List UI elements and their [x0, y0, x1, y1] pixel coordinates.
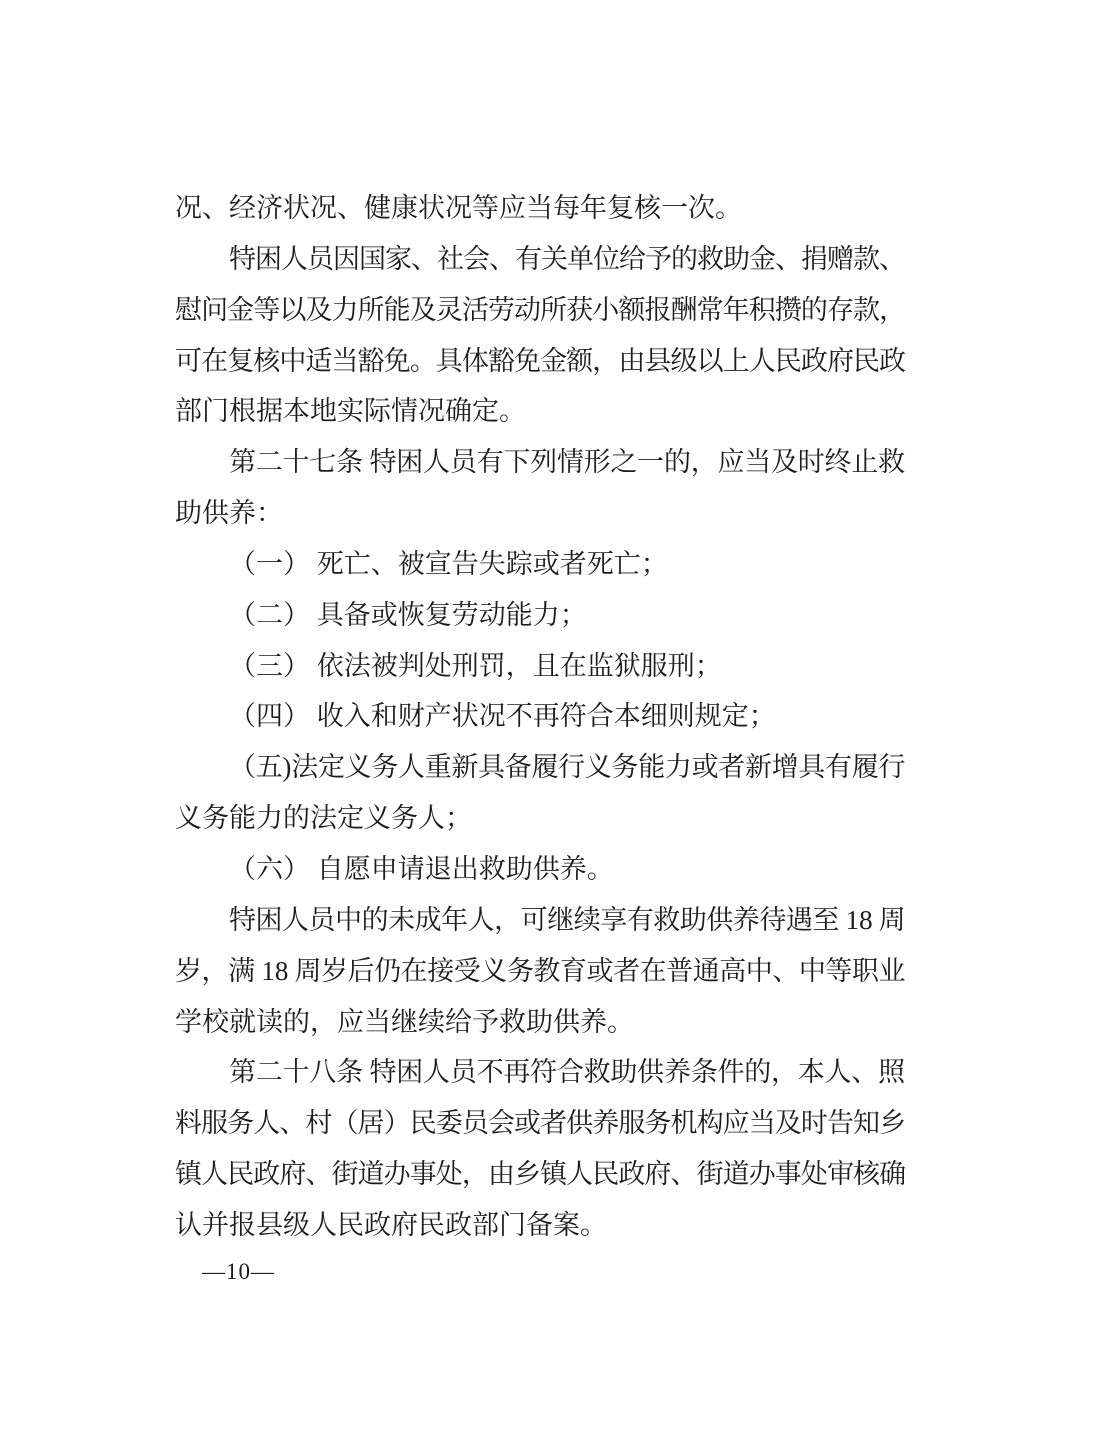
document-line: 认并报县级人民政府民政部门备案。	[175, 1200, 905, 1251]
document-line: 镇人民政府、街道办事处，由乡镇人民政府、街道办事处审核确	[175, 1149, 905, 1200]
document-line-item-4: （四） 收入和财产状况不再符合本细则规定；	[175, 691, 905, 742]
document-line: 部门根据本地实际情况确定。	[175, 386, 905, 437]
document-line: 特困人员中的未成年人，可继续享有救助供养待遇至 18 周	[175, 895, 905, 946]
document-line-item-3: （三） 依法被判处刑罚，且在监狱服刑；	[175, 641, 905, 692]
document-line-item-1: （一） 死亡、被宣告失踪或者死亡；	[175, 539, 905, 590]
document-line: 况、经济状况、健康状况等应当每年复核一次。	[175, 183, 905, 234]
document-line-item-5: （五)法定义务人重新具备履行义务能力或者新增具有履行	[175, 742, 905, 793]
document-line-item-6: （六） 自愿申请退出救助供养。	[175, 844, 905, 895]
document-line: 特困人员因国家、社会、有关单位给予的救助金、捐赠款、	[175, 234, 905, 285]
document-line: 岁，满 18 周岁后仍在接受义务教育或者在普通高中、中等职业	[175, 946, 905, 997]
document-line-article-28: 第二十八条 特困人员不再符合救助供养条件的，本人、照	[175, 1047, 905, 1098]
document-page: 况、经济状况、健康状况等应当每年复核一次。 特困人员因国家、社会、有关单位给予的…	[0, 0, 1105, 1430]
document-line: 可在复核中适当豁免。具体豁免金额，由县级以上人民政府民政	[175, 336, 905, 387]
document-line: 慰问金等以及力所能及灵活劳动所获小额报酬常年积攒的存款，	[175, 285, 905, 336]
document-line-article-27: 第二十七条 特困人员有下列情形之一的，应当及时终止救	[175, 437, 905, 488]
document-line: 义务能力的法定义务人；	[175, 793, 905, 844]
document-line: 学校就读的，应当继续给予救助供养。	[175, 997, 905, 1048]
document-line: 料服务人、村（居）民委员会或者供养服务机构应当及时告知乡	[175, 1098, 905, 1149]
page-number: —10—	[202, 1257, 275, 1287]
document-line-item-2: （二） 具备或恢复劳动能力；	[175, 590, 905, 641]
document-body: 况、经济状况、健康状况等应当每年复核一次。 特困人员因国家、社会、有关单位给予的…	[175, 183, 905, 1251]
document-line: 助供养：	[175, 488, 905, 539]
